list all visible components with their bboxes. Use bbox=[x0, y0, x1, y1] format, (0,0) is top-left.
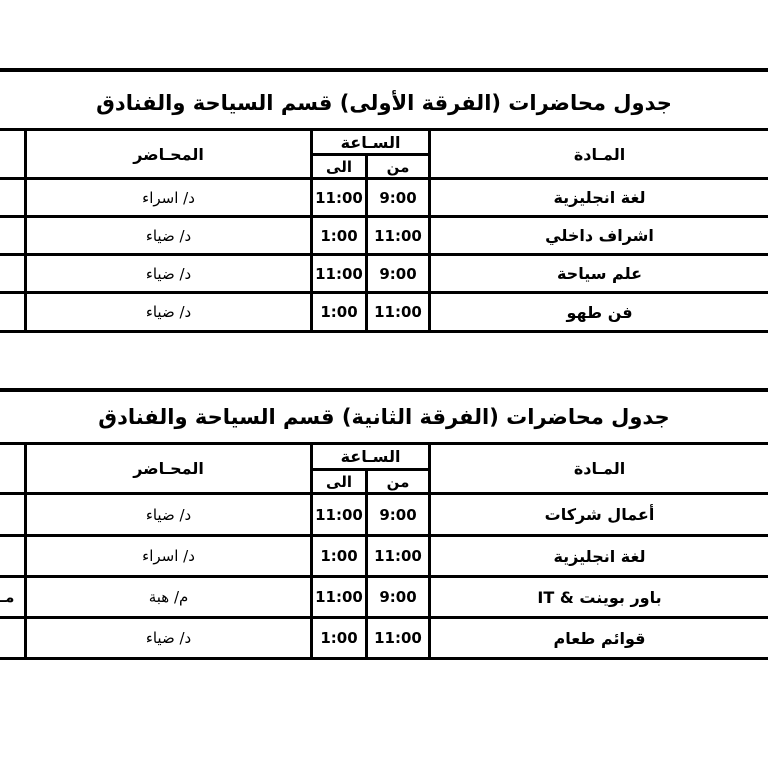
horizontal-rule-top bbox=[0, 68, 768, 72]
table1-row4-to-cell: 1:00 bbox=[313, 294, 365, 330]
table2-row2-subject-cell: لغة انجليزية bbox=[431, 537, 768, 575]
table1-row3-stub-cell bbox=[0, 256, 24, 291]
table1-row2-from-cell: 11:00 bbox=[368, 218, 428, 253]
table1-row2-subject-cell: اشراف داخلي bbox=[431, 218, 768, 253]
table2-row4-lecturer-cell: د/ ضياء bbox=[27, 619, 310, 657]
table1-title: جدول محاضرات (الفرقة الأولى) قسم السياحة… bbox=[0, 80, 768, 126]
table1-row4-lecturer-cell: د/ ضياء bbox=[27, 294, 310, 330]
table2-row4-subject-cell: قوائم طعام bbox=[431, 619, 768, 657]
table1-row2-to-cell: 1:00 bbox=[313, 218, 365, 253]
table1-row1-from-cell: 9:00 bbox=[368, 180, 428, 215]
table1-row4-stub-cell bbox=[0, 294, 24, 330]
table2-row4-to-cell: 1:00 bbox=[313, 619, 365, 657]
table1-row3-from-cell: 9:00 bbox=[368, 256, 428, 291]
table1-row3-subject-cell: علم سياحة bbox=[431, 256, 768, 291]
table2-clipped-column-header bbox=[0, 445, 24, 492]
table2-row2-stub-cell bbox=[0, 537, 24, 575]
table2-row1-stub-cell bbox=[0, 495, 24, 534]
table2-row1-from-cell: 9:00 bbox=[368, 495, 428, 534]
table2-row2-to-cell: 1:00 bbox=[313, 537, 365, 575]
table2-row4-stub-cell bbox=[0, 619, 24, 657]
document-page: جدول محاضرات (الفرقة الأولى) قسم السياحة… bbox=[0, 0, 768, 768]
table1-row1-subject-cell: لغة انجليزية bbox=[431, 180, 768, 215]
schedule-table-second-year: المحـاضر السـاعة الى من المـادة د/ ضياء … bbox=[0, 442, 768, 660]
table1-to-header: الى bbox=[313, 156, 365, 177]
table1-row2-stub-cell bbox=[0, 218, 24, 253]
table2-row3-to-cell: 11:00 bbox=[313, 578, 365, 616]
table1-hour-header: السـاعة bbox=[313, 131, 428, 153]
table1-lecturer-header: المحـاضر bbox=[27, 131, 310, 177]
schedule-table-first-year: المحـاضر السـاعة الى من المـادة د/ اسراء… bbox=[0, 128, 768, 333]
table2-row4-from-cell: 11:00 bbox=[368, 619, 428, 657]
table2-row2-from-cell: 11:00 bbox=[368, 537, 428, 575]
table2-subject-header: المـادة bbox=[431, 445, 768, 492]
table1-subject-header: المـادة bbox=[431, 131, 768, 177]
table1-row1-lecturer-cell: د/ اسراء bbox=[27, 180, 310, 215]
table1-row1-to-cell: 11:00 bbox=[313, 180, 365, 215]
table2-row1-subject-cell: أعمال شركات bbox=[431, 495, 768, 534]
table1-row4-from-cell: 11:00 bbox=[368, 294, 428, 330]
table2-row3-stub-cell: مـ bbox=[0, 578, 24, 616]
table1-row3-to-cell: 11:00 bbox=[313, 256, 365, 291]
table2-hour-header: السـاعة bbox=[313, 445, 428, 468]
table1-clipped-column-header bbox=[0, 131, 24, 177]
table2-from-header: من bbox=[368, 471, 428, 492]
table2-to-header: الى bbox=[313, 471, 365, 492]
table2-row3-subject-cell: باور بوينت & IT bbox=[431, 578, 768, 616]
table1-row1-stub-cell bbox=[0, 180, 24, 215]
table2-row3-from-cell: 9:00 bbox=[368, 578, 428, 616]
table1-from-header: من bbox=[368, 156, 428, 177]
table2-row3-lecturer-cell: م/ هبة bbox=[27, 578, 310, 616]
table2-title: جدول محاضرات (الفرقة الثانية) قسم السياح… bbox=[0, 394, 768, 440]
table2-row2-lecturer-cell: د/ اسراء bbox=[27, 537, 310, 575]
horizontal-rule-middle bbox=[0, 388, 768, 392]
table1-row2-lecturer-cell: د/ ضياء bbox=[27, 218, 310, 253]
table2-row1-lecturer-cell: د/ ضياء bbox=[27, 495, 310, 534]
table2-row1-to-cell: 11:00 bbox=[313, 495, 365, 534]
table1-row4-subject-cell: فن طهو bbox=[431, 294, 768, 330]
table1-row3-lecturer-cell: د/ ضياء bbox=[27, 256, 310, 291]
table2-lecturer-header: المحـاضر bbox=[27, 445, 310, 492]
